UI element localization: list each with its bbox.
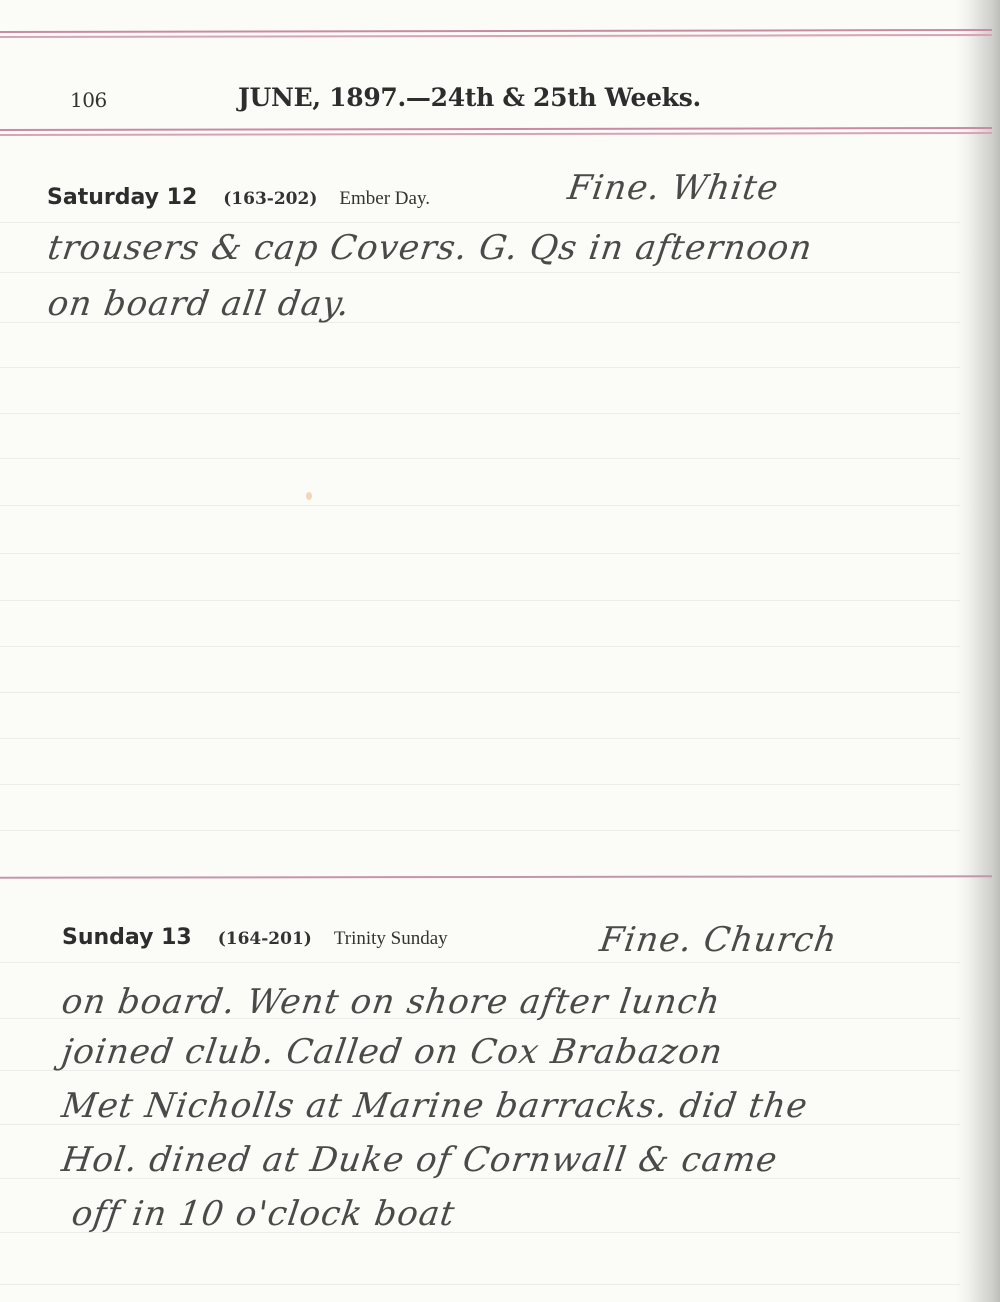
ruled-line bbox=[0, 413, 960, 414]
handwritten-line: Hol. dined at Duke of Cornwall & came bbox=[59, 1140, 780, 1180]
diary-page: 106 JUNE, 1897.—24th & 25th Weeks. Satur… bbox=[0, 0, 1000, 1302]
handwritten-line: joined club. Called on Cox Brabazon bbox=[59, 1032, 725, 1072]
entry-heading: Saturday 12 (163-202) Ember Day. bbox=[47, 185, 430, 210]
day-label: Sunday 13 bbox=[62, 925, 192, 950]
day-of-year-range: (164-201) bbox=[218, 929, 312, 949]
ruled-line bbox=[0, 646, 960, 647]
day-divider-rule bbox=[0, 875, 1000, 878]
handwritten-line: trousers & cap Covers. G. Qs in afternoo… bbox=[45, 228, 815, 268]
handwritten-line: Fine. White bbox=[565, 168, 781, 208]
ruled-line bbox=[0, 1284, 960, 1285]
ruled-line bbox=[0, 738, 960, 739]
day-label: Saturday 12 bbox=[47, 185, 197, 210]
ruled-line bbox=[0, 553, 960, 554]
page-title: JUNE, 1897.—24th & 25th Weeks. bbox=[238, 83, 701, 112]
ruled-line bbox=[0, 367, 960, 368]
handwritten-line: off in 10 o'clock boat bbox=[69, 1194, 458, 1234]
paper-speck bbox=[306, 492, 312, 500]
entry-heading: Sunday 13 (164-201) Trinity Sunday bbox=[62, 925, 448, 950]
ruled-line bbox=[0, 692, 960, 693]
header-double-rule bbox=[0, 127, 1000, 137]
top-double-rule bbox=[0, 29, 1000, 39]
ruled-line bbox=[0, 962, 960, 963]
page-gutter-edge bbox=[992, 0, 1000, 1302]
ruled-line bbox=[0, 272, 960, 273]
ruled-line bbox=[0, 784, 960, 785]
ruled-line bbox=[0, 600, 960, 601]
day-of-year-range: (163-202) bbox=[223, 189, 317, 209]
handwritten-line: Met Nicholls at Marine barracks. did the bbox=[59, 1086, 810, 1126]
liturgical-note: Ember Day. bbox=[339, 188, 430, 210]
handwritten-line: on board. Went on shore after lunch bbox=[59, 982, 723, 1022]
ruled-line bbox=[0, 830, 960, 831]
ruled-line bbox=[0, 458, 960, 459]
ruled-line bbox=[0, 505, 960, 506]
liturgical-note: Trinity Sunday bbox=[334, 928, 448, 950]
ruled-line bbox=[0, 222, 960, 223]
page-number: 106 bbox=[70, 88, 107, 112]
handwritten-line: Fine. Church bbox=[597, 920, 840, 960]
handwritten-line: on board all day. bbox=[45, 284, 352, 324]
